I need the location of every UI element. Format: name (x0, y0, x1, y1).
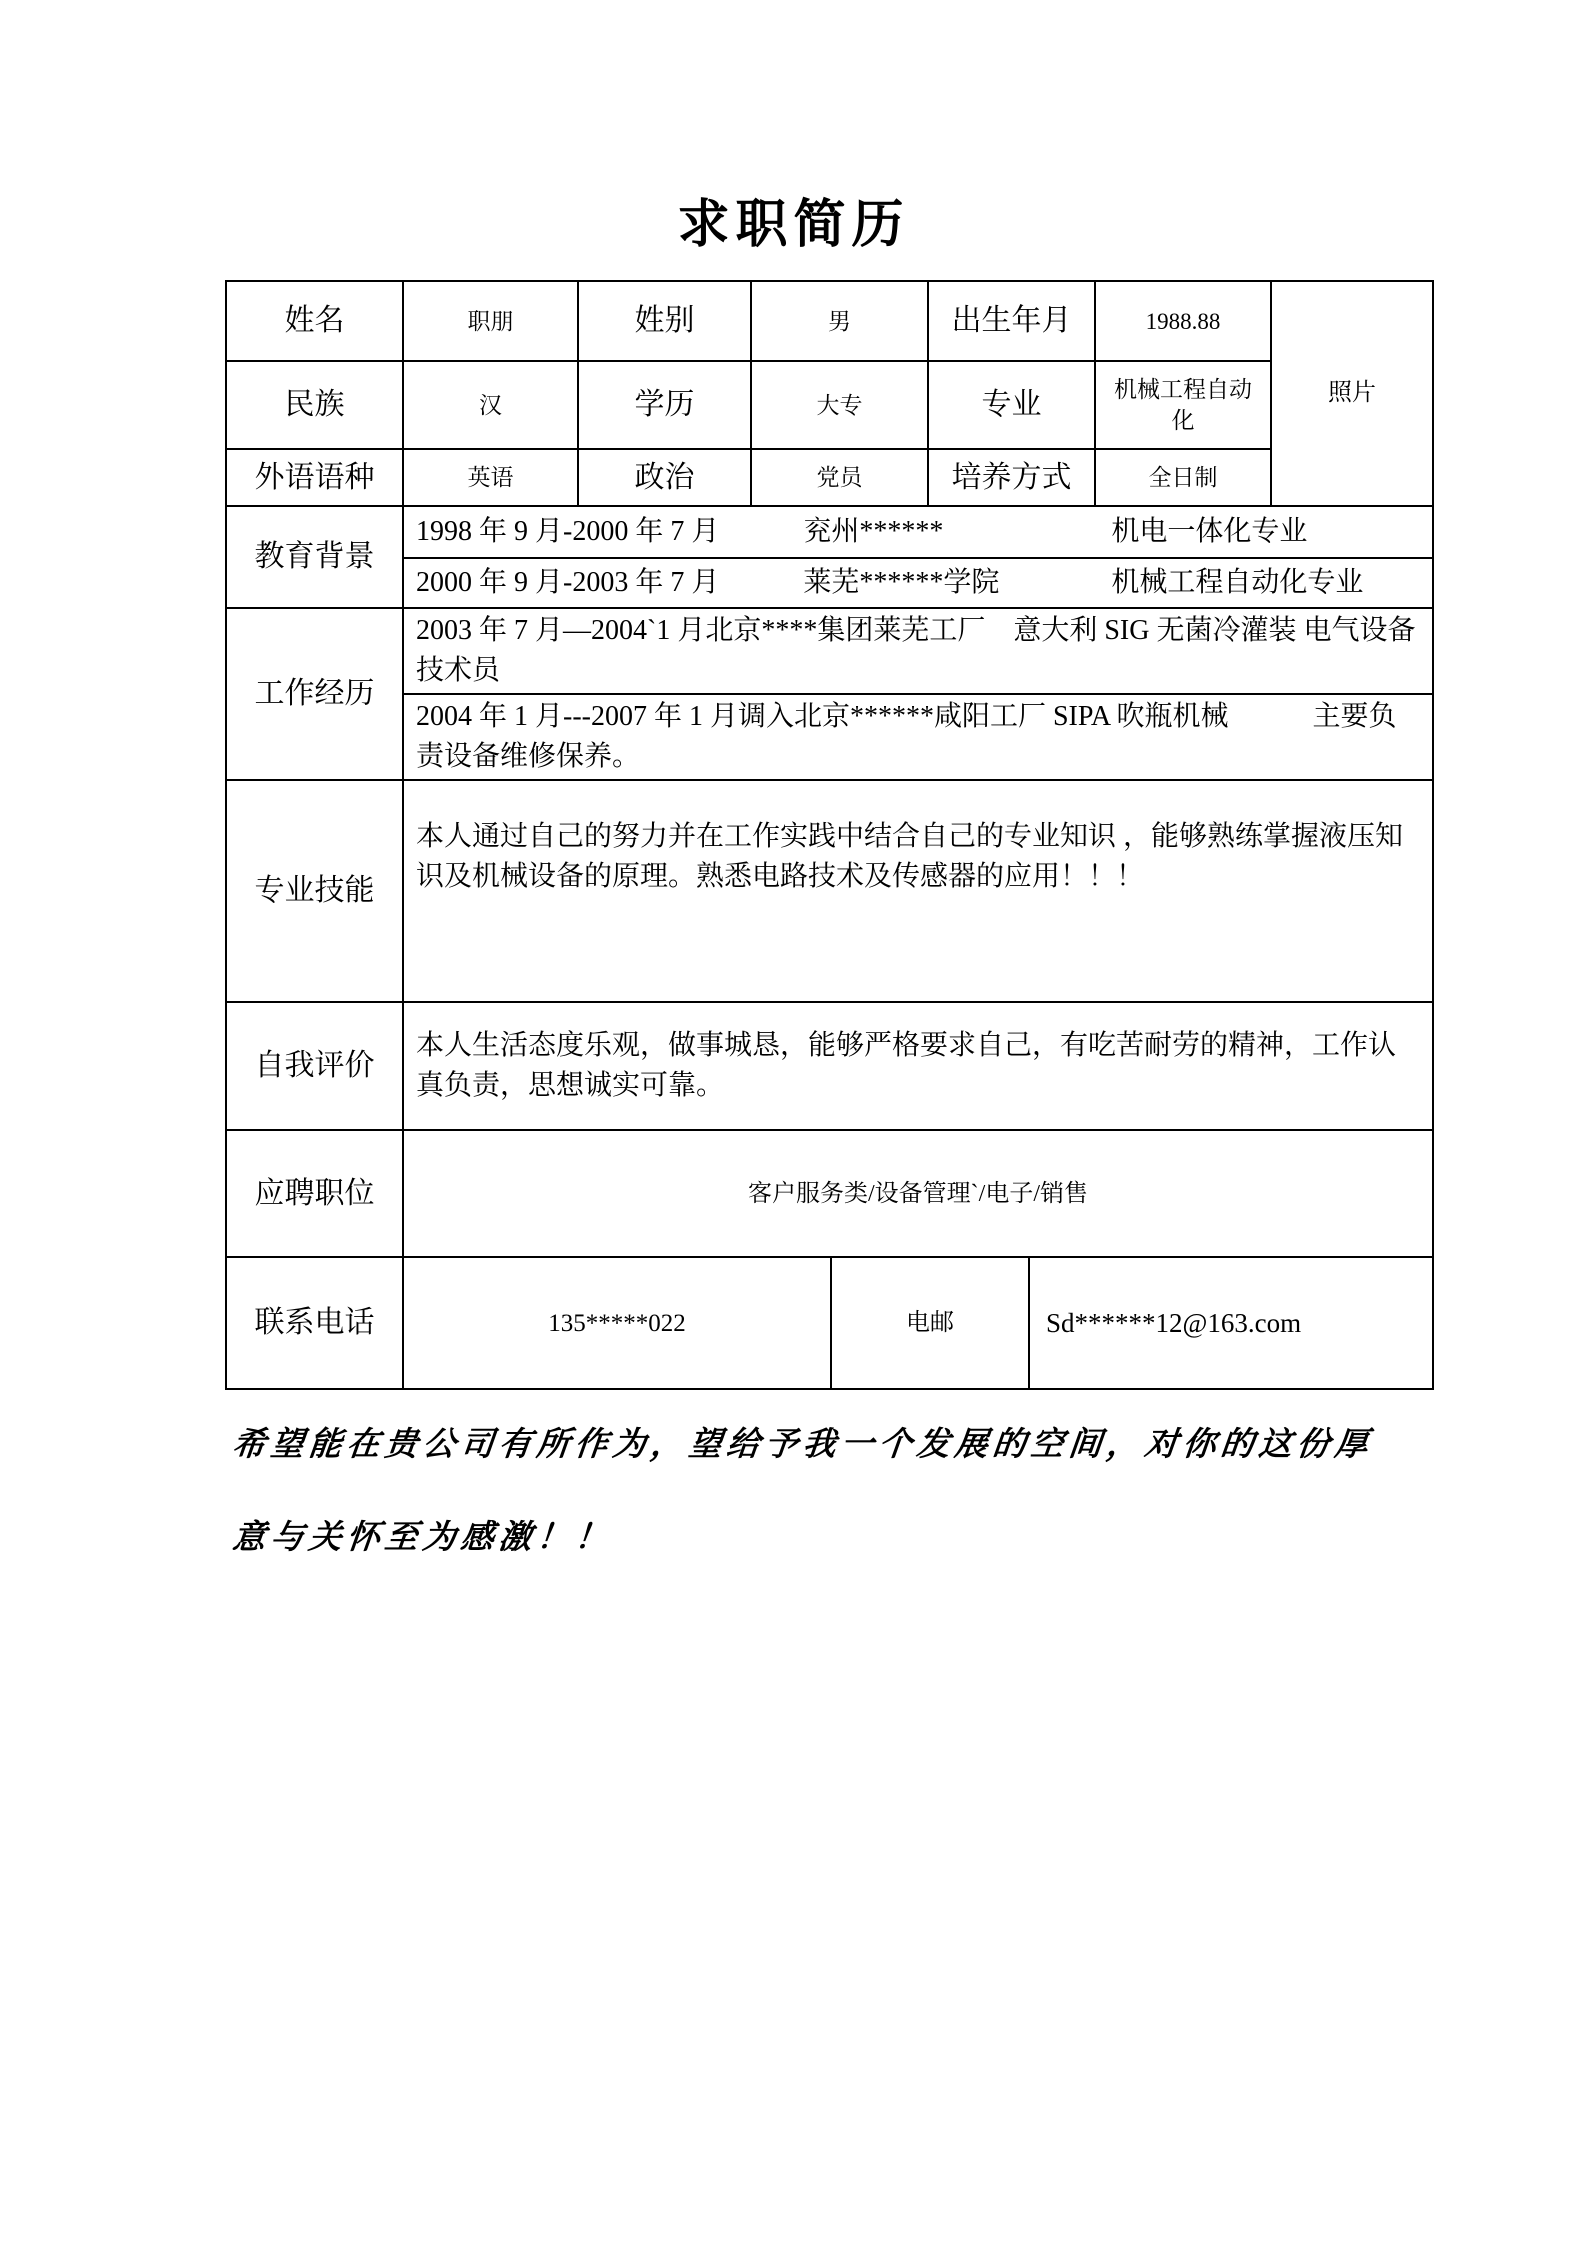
closing-note-line: 意与关怀至为感激！！ (231, 1511, 1587, 1558)
degree-value: 大专 (751, 361, 928, 449)
table-row: 自我评价 本人生活态度乐观，做事城恳，能够严格要求自己，有吃苦耐劳的精神，工作认… (226, 1002, 1433, 1130)
phone-value: 135*****022 (403, 1257, 831, 1389)
birth-date-label: 出生年月 (928, 281, 1095, 361)
education-label: 教育背景 (226, 506, 403, 608)
skills-label: 专业技能 (226, 780, 403, 1002)
gender-value: 男 (751, 281, 928, 361)
self-evaluation-content: 本人生活态度乐观，做事城恳，能够严格要求自己，有吃苦耐劳的精神，工作认真负责，思… (403, 1002, 1433, 1130)
photo-placeholder: 照片 (1271, 281, 1433, 506)
resume-table: 姓名 职朋 姓别 男 出生年月 1988.88 照片 民族 汉 学历 大专 专业… (225, 280, 1434, 1390)
gender-label: 姓别 (578, 281, 751, 361)
name-value: 职朋 (403, 281, 578, 361)
closing-note-line: 希望能在贵公司有所作为，望给予我一个发展的空间，对你的这份厚 (231, 1418, 1587, 1465)
table-row: 民族 汉 学历 大专 专业 机械工程自动化 (226, 361, 1433, 449)
work-experience-label: 工作经历 (226, 608, 403, 780)
email-value: Sd******12@163.com (1029, 1257, 1433, 1389)
skills-content: 本人通过自己的努力并在工作实践中结合自己的专业知识 ，能够熟练掌握液压知识及机械… (403, 780, 1433, 1002)
table-row: 外语语种 英语 政治 党员 培养方式 全日制 (226, 449, 1433, 506)
name-label: 姓名 (226, 281, 403, 361)
training-mode-label: 培养方式 (928, 449, 1095, 506)
page-title: 求职简历 (0, 0, 1587, 256)
birth-date-value: 1988.88 (1095, 281, 1271, 361)
table-row: 联系电话 135*****022 电邮 Sd******12@163.com (226, 1257, 1433, 1389)
table-row: 姓名 职朋 姓别 男 出生年月 1988.88 照片 (226, 281, 1433, 361)
education-entry: 1998 年 9 月-2000 年 7 月 兖州****** 机电一体化专业 (403, 506, 1433, 558)
work-experience-entry: 2004 年 1 月---2007 年 1 月调入北京******咸阳工厂 SI… (403, 694, 1433, 780)
table-row: 工作经历 2003 年 7 月—2004`1 月北京****集团莱芜工厂 意大利… (226, 608, 1433, 694)
desired-position-label: 应聘职位 (226, 1130, 403, 1257)
ethnicity-label: 民族 (226, 361, 403, 449)
political-status-label: 政治 (578, 449, 751, 506)
major-label: 专业 (928, 361, 1095, 449)
desired-position-content: 客户服务类/设备管理`/电子/销售 (403, 1130, 1433, 1257)
political-status-value: 党员 (751, 449, 928, 506)
table-row: 教育背景 1998 年 9 月-2000 年 7 月 兖州****** 机电一体… (226, 506, 1433, 558)
foreign-language-value: 英语 (403, 449, 578, 506)
ethnicity-value: 汉 (403, 361, 578, 449)
table-row: 2000 年 9 月-2003 年 7 月 莱芜******学院 机械工程自动化… (226, 558, 1433, 608)
training-mode-value: 全日制 (1095, 449, 1271, 506)
email-label: 电邮 (831, 1257, 1029, 1389)
table-row: 专业技能 本人通过自己的努力并在工作实践中结合自己的专业知识 ，能够熟练掌握液压… (226, 780, 1433, 1002)
self-evaluation-label: 自我评价 (226, 1002, 403, 1130)
education-entry: 2000 年 9 月-2003 年 7 月 莱芜******学院 机械工程自动化… (403, 558, 1433, 608)
table-row: 应聘职位 客户服务类/设备管理`/电子/销售 (226, 1130, 1433, 1257)
degree-label: 学历 (578, 361, 751, 449)
table-row: 2004 年 1 月---2007 年 1 月调入北京******咸阳工厂 SI… (226, 694, 1433, 780)
work-experience-entry: 2003 年 7 月—2004`1 月北京****集团莱芜工厂 意大利 SIG … (403, 608, 1433, 694)
closing-note: 希望能在贵公司有所作为，望给予我一个发展的空间，对你的这份厚 意与关怀至为感激！… (233, 1418, 1587, 1558)
major-value: 机械工程自动化 (1095, 361, 1271, 449)
resume-page: 求职简历 姓名 职朋 姓别 男 出生年月 1988.88 照片 民族 汉 学历 … (0, 0, 1587, 2245)
phone-label: 联系电话 (226, 1257, 403, 1389)
foreign-language-label: 外语语种 (226, 449, 403, 506)
